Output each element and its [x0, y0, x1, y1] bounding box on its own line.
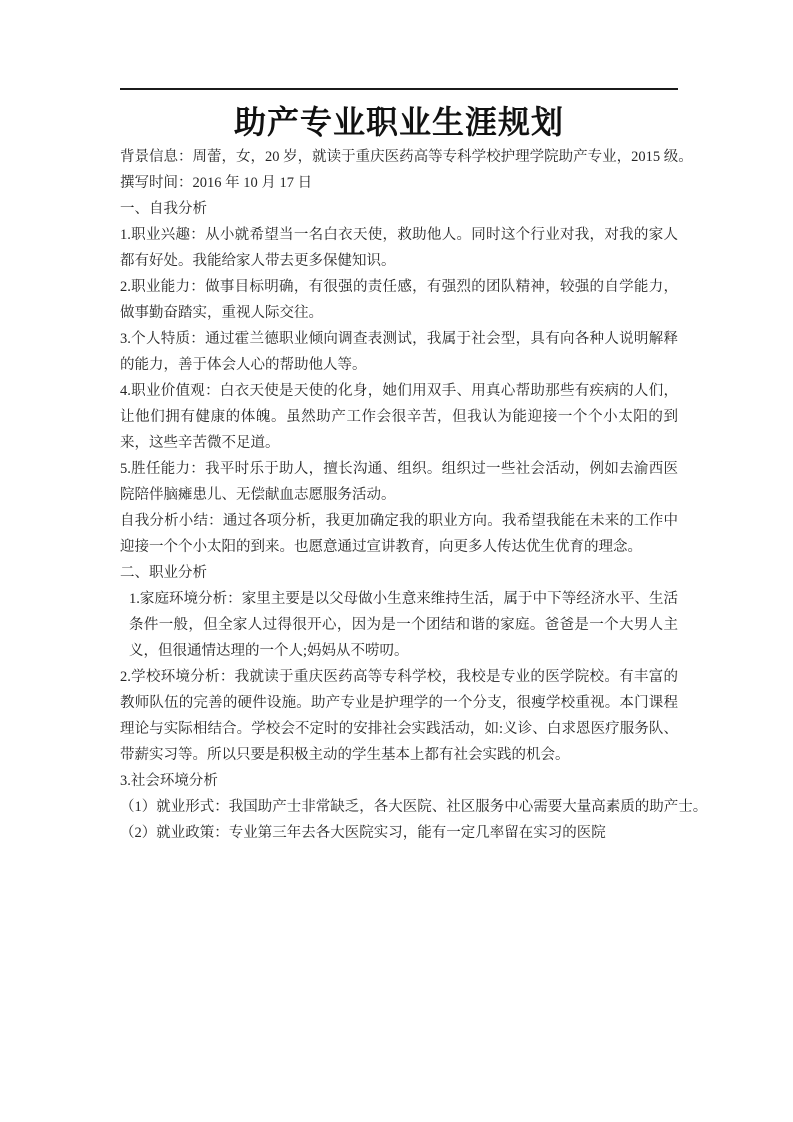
para-self-analysis-summary: 自我分析小结：通过各项分析，我更加确定我的职业方向。我希望我能在未来的工作中迎接…: [120, 508, 678, 560]
para-employment-policy: （2）就业政策：专业第三年去各大医院实习，能有一定几率留在实习的医院: [120, 820, 678, 846]
para-school-environment: 2.学校环境分析：我就读于重庆医药高等专科学校，我校是专业的医学院校。有丰富的教…: [120, 664, 678, 768]
heading-self-analysis: 一、自我分析: [120, 196, 678, 222]
para-competence: 5.胜任能力：我平时乐于助人，擅长沟通、组织。组织过一些社会活动，例如去渝西医院…: [120, 456, 678, 508]
para-family-environment: 1.家庭环境分析：家里主要是以父母做小生意来维持生活，属于中下等经济水平、生活条…: [120, 586, 678, 664]
para-career-ability: 2.职业能力：做事目标明确，有很强的责任感，有强烈的团队精神，较强的自学能力，做…: [120, 274, 678, 326]
heading-career-analysis: 二、职业分析: [120, 560, 678, 586]
document-content: 助产专业职业生涯规划 背景信息：周蕾，女，20 岁，就读于重庆医药高等专科学校护…: [120, 88, 678, 846]
document-title: 助产专业职业生涯规划: [120, 100, 678, 144]
para-career-interest: 1.职业兴趣：从小就希望当一名白衣天使，救助他人。同时这个行业对我，对我的家人都…: [120, 222, 678, 274]
para-employment-situation: （1）就业形式：我国助产士非常缺乏，各大医院、社区服务中心需要大量高素质的助产士…: [120, 794, 678, 820]
para-write-date: 撰写时间：2016 年 10 月 17 日: [120, 170, 678, 196]
document-page: 助产专业职业生涯规划 背景信息：周蕾，女，20 岁，就读于重庆医药高等专科学校护…: [0, 0, 793, 1122]
para-personal-traits: 3.个人特质：通过霍兰德职业倾向调查表测试，我属于社会型，具有向各种人说明解释的…: [120, 326, 678, 378]
header-divider-rule: [120, 88, 678, 90]
para-background-info: 背景信息：周蕾，女，20 岁，就读于重庆医药高等专科学校护理学院助产专业，201…: [120, 144, 678, 170]
heading-social-environment: 3.社会环境分析: [120, 768, 678, 794]
para-career-values: 4.职业价值观：白衣天使是天使的化身，她们用双手、用真心帮助那些有疾病的人们，让…: [120, 378, 678, 456]
